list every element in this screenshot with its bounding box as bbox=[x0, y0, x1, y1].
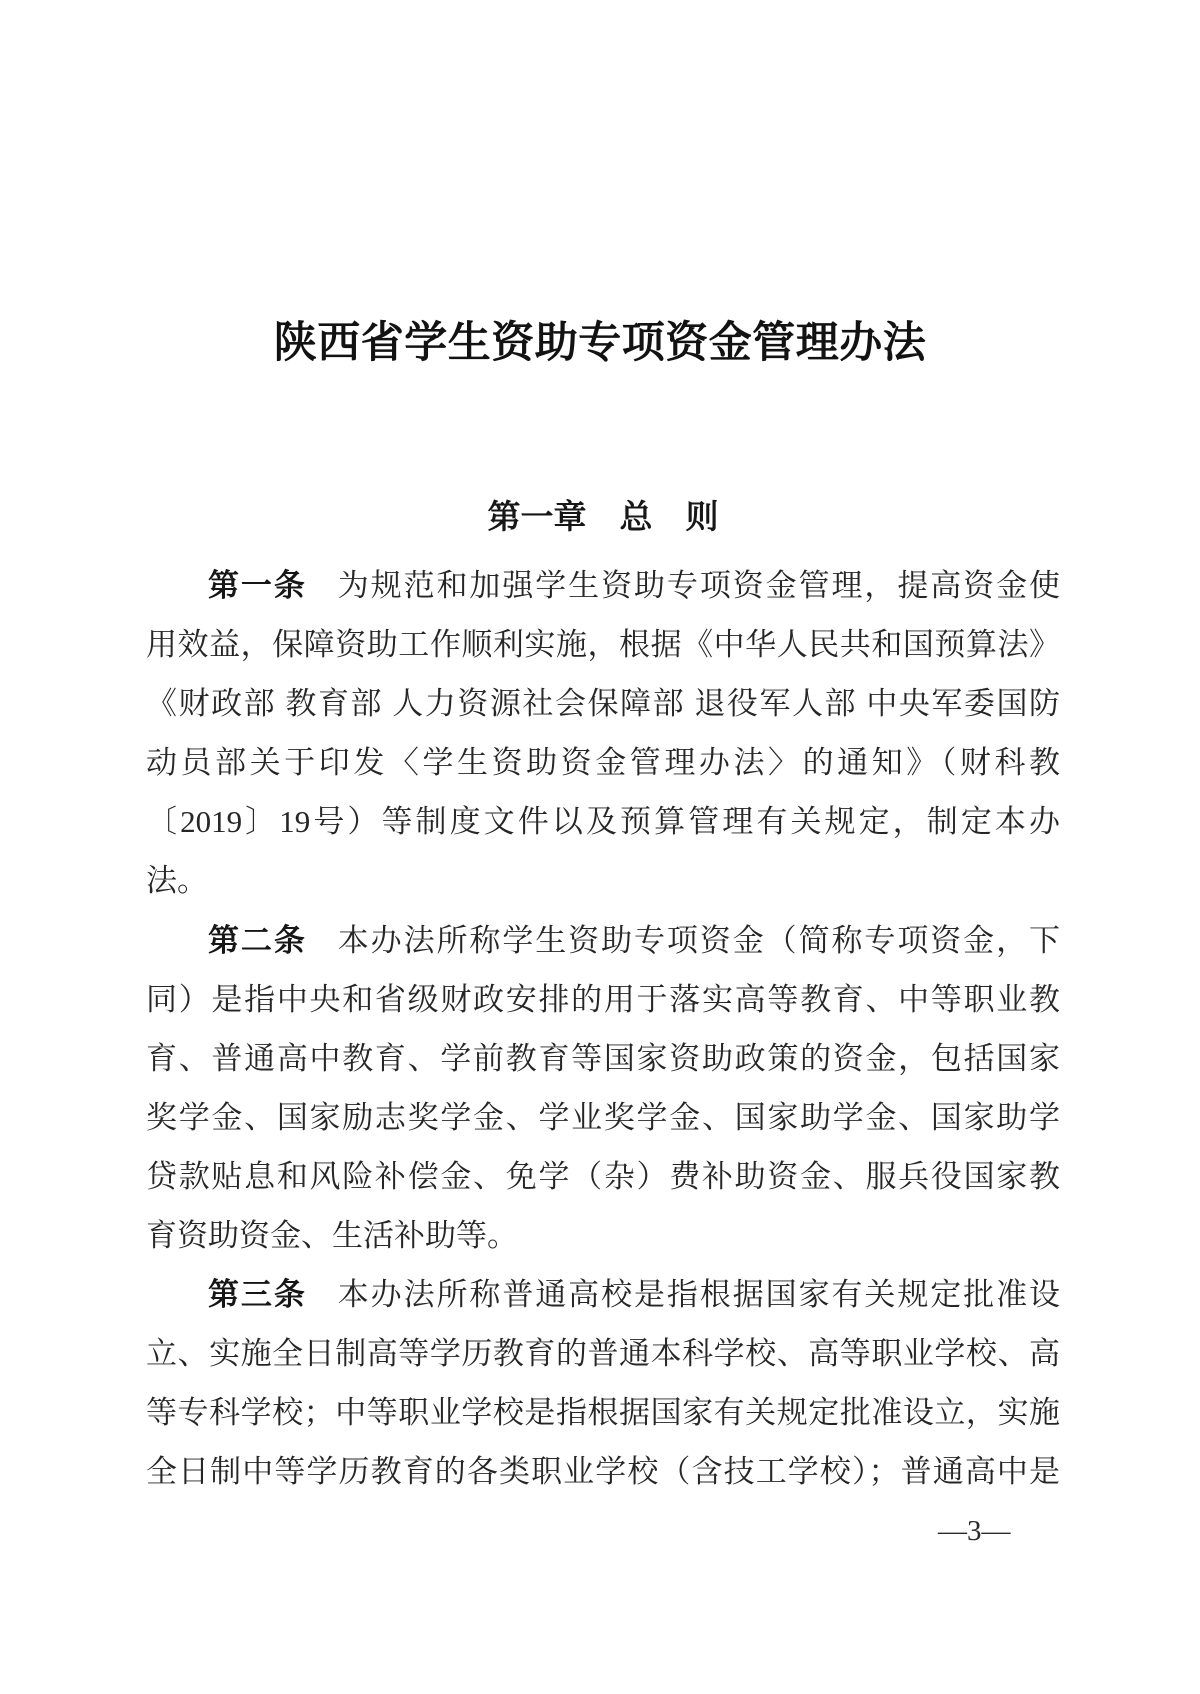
text-line: 第二条本办法所称学生资助专项资金（简称专项资金，下 bbox=[146, 911, 1060, 970]
text-line: 法。 bbox=[146, 851, 1060, 910]
text-line: 同）是指中央和省级财政安排的用于落实高等教育、中等职业教 bbox=[146, 970, 1060, 1029]
text-line: 立、实施全日制高等学历教育的普通本科学校、高等职业学校、高 bbox=[146, 1324, 1060, 1383]
text-line: 育资助资金、生活补助等。 bbox=[146, 1206, 1060, 1265]
chapter-heading: 第一章 总 则 bbox=[146, 496, 1060, 540]
document-page: 陕西省学生资助专项资金管理办法 第一章 总 则 第一条为规范和加强学生资助专项资… bbox=[0, 0, 1200, 1694]
line-text: 立、实施全日制高等学历教育的普通本科学校、高等职业学校、高 bbox=[146, 1336, 1060, 1371]
text-line: 全日制中等学历教育的各类职业学校（含技工学校）；普通高中是 bbox=[146, 1442, 1060, 1501]
text-line: 用效益，保障资助工作顺利实施，根据《中华人民共和国预算法》 bbox=[146, 615, 1060, 674]
line-text: 动员部关于印发〈学生资助资金管理办法〉的通知》（财科教 bbox=[146, 745, 1060, 780]
text-line: 《财政部 教育部 人力资源社会保障部 退役军人部 中央军委国防 bbox=[146, 674, 1060, 733]
line-text: 用效益，保障资助工作顺利实施，根据《中华人民共和国预算法》 bbox=[146, 627, 1060, 662]
text-line: 动员部关于印发〈学生资助资金管理办法〉的通知》（财科教 bbox=[146, 733, 1060, 792]
document-body: 第一条为规范和加强学生资助专项资金管理，提高资金使用效益，保障资助工作顺利实施，… bbox=[146, 556, 1060, 1502]
line-text: 本办法所称学生资助专项资金（简称专项资金，下 bbox=[338, 923, 1060, 958]
article-leader: 第三条 bbox=[208, 1277, 307, 1312]
line-text: 等专科学校；中等职业学校是指根据国家有关规定批准设立，实施 bbox=[146, 1395, 1060, 1430]
text-line: 育、普通高中教育、学前教育等国家资助政策的资金，包括国家 bbox=[146, 1029, 1060, 1088]
text-line: 第一条为规范和加强学生资助专项资金管理，提高资金使 bbox=[146, 556, 1060, 615]
line-text: 本办法所称普通高校是指根据国家有关规定批准设 bbox=[338, 1277, 1060, 1312]
line-text: 法。 bbox=[146, 863, 208, 898]
line-text: 《财政部 教育部 人力资源社会保障部 退役军人部 中央军委国防 bbox=[146, 686, 1060, 721]
page-number: —3— bbox=[938, 1513, 1068, 1549]
line-text: 育、普通高中教育、学前教育等国家资助政策的资金，包括国家 bbox=[146, 1041, 1060, 1076]
line-text: 贷款贴息和风险补偿金、免学（杂）费补助资金、服兵役国家教 bbox=[146, 1159, 1060, 1194]
article-leader: 第一条 bbox=[208, 568, 307, 603]
text-line: 〔2019〕19号）等制度文件以及预算管理有关规定，制定本办 bbox=[146, 792, 1060, 851]
text-line: 贷款贴息和风险补偿金、免学（杂）费补助资金、服兵役国家教 bbox=[146, 1147, 1060, 1206]
line-text: 〔2019〕19号）等制度文件以及预算管理有关规定，制定本办 bbox=[146, 804, 1060, 839]
text-line: 奖学金、国家励志奖学金、学业奖学金、国家助学金、国家助学 bbox=[146, 1088, 1060, 1147]
line-text: 育资助资金、生活补助等。 bbox=[146, 1218, 518, 1253]
document-title: 陕西省学生资助专项资金管理办法 bbox=[0, 316, 1200, 372]
text-line: 第三条本办法所称普通高校是指根据国家有关规定批准设 bbox=[146, 1265, 1060, 1324]
text-line: 等专科学校；中等职业学校是指根据国家有关规定批准设立，实施 bbox=[146, 1383, 1060, 1442]
line-text: 为规范和加强学生资助专项资金管理，提高资金使 bbox=[338, 568, 1060, 603]
line-text: 奖学金、国家励志奖学金、学业奖学金、国家助学金、国家助学 bbox=[146, 1100, 1060, 1135]
line-text: 全日制中等学历教育的各类职业学校（含技工学校）；普通高中是 bbox=[146, 1454, 1060, 1489]
article-leader: 第二条 bbox=[208, 923, 307, 958]
line-text: 同）是指中央和省级财政安排的用于落实高等教育、中等职业教 bbox=[146, 982, 1060, 1017]
